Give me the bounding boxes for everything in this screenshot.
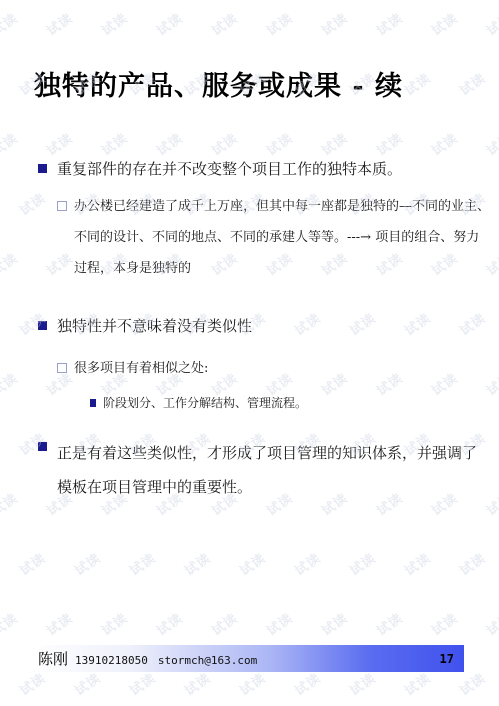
- bullet-text: 很多项目有着相似之处:: [74, 353, 208, 384]
- open-square-bullet-icon: [57, 201, 67, 211]
- bullet-item: 阶段划分、工作分解结构、管理流程。: [90, 394, 307, 412]
- footer-left: 陈刚 13910218050 stormch@163.com: [37, 648, 257, 669]
- bullet-item: 办公楼已经建造了成千上万座，但其中每一座都是独特的—不同的业主、 不同的设计、不…: [57, 191, 490, 284]
- page-number: 17: [440, 652, 464, 666]
- footer-bar: 陈刚 13910218050 stormch@163.com 17: [37, 645, 464, 672]
- bullet-text: 独特性并不意味着没有类似性: [57, 315, 252, 337]
- filled-square-bullet-icon: [38, 442, 47, 451]
- bullet-item: 独特性并不意味着没有类似性: [38, 315, 252, 337]
- footer-phone: 13910218050: [75, 654, 148, 667]
- open-square-bullet-icon: [57, 363, 67, 373]
- bullet-item: 很多项目有着相似之处:: [57, 353, 208, 384]
- bullet-text: 阶段划分、工作分解结构、管理流程。: [103, 394, 307, 412]
- footer-email: stormch@163.com: [158, 654, 257, 667]
- bullet-text: 正是有着这些类似性，才形成了项目管理的知识体系，并强调了 模板在项目管理中的重要…: [57, 436, 477, 504]
- filled-square-bullet-icon: [90, 399, 96, 407]
- filled-square-bullet-icon: [38, 321, 47, 330]
- bullet-text: 办公楼已经建造了成千上万座，但其中每一座都是独特的—不同的业主、 不同的设计、不…: [74, 191, 490, 284]
- filled-square-bullet-icon: [38, 164, 47, 173]
- bullet-item: 正是有着这些类似性，才形成了项目管理的知识体系，并强调了 模板在项目管理中的重要…: [38, 436, 477, 504]
- bullet-item: 重复部件的存在并不改变整个项目工作的独特本质。: [38, 158, 402, 180]
- slide: 试读试读试读试读试读试读试读试读试读试读试读试读试读试读试读试读试读试读试读试读…: [0, 0, 499, 706]
- bullet-text: 重复部件的存在并不改变整个项目工作的独特本质。: [57, 158, 402, 180]
- bullet-list: 重复部件的存在并不改变整个项目工作的独特本质。办公楼已经建造了成千上万座，但其中…: [0, 0, 499, 706]
- footer-author: 陈刚: [38, 648, 68, 669]
